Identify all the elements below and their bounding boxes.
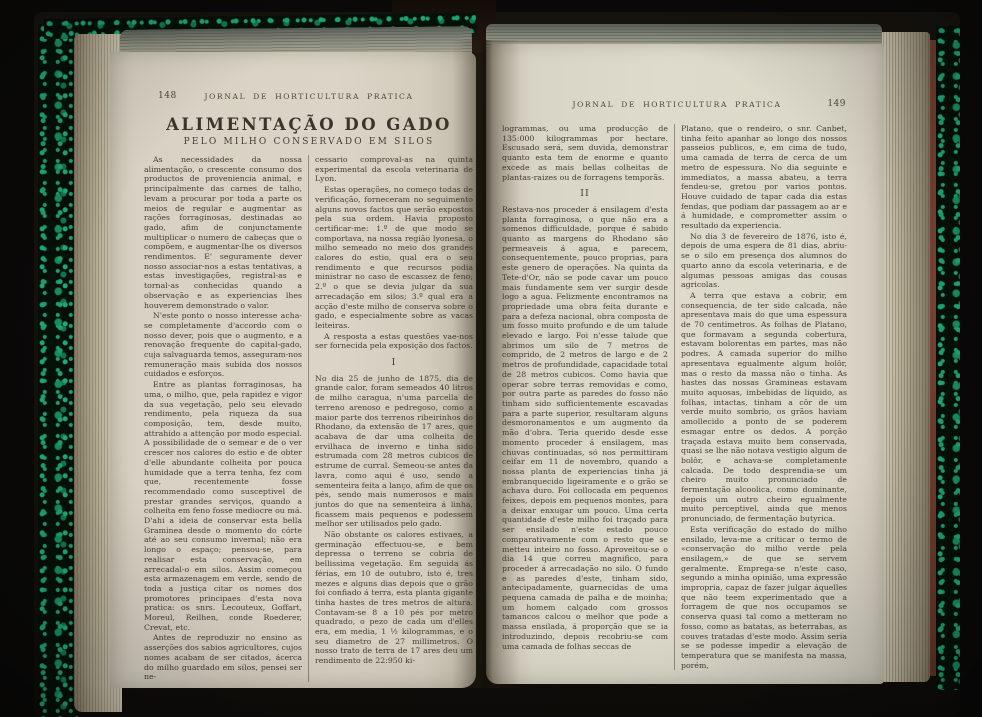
paragraph: Estas operações, no começo todas de veri… — [315, 185, 473, 331]
paragraph: logrammas, ou uma producção de 135:000 k… — [502, 124, 668, 182]
page-edges-right — [880, 32, 930, 682]
cover-edge-trim — [929, 40, 936, 676]
paragraph: Antes de reproduzir no ensino as asserçõ… — [144, 633, 302, 682]
marbled-cover-left — [38, 24, 78, 717]
right-page-textblock: JORNAL DE HORTICULTURA PRATICA 149 logra… — [502, 100, 852, 670]
running-title-right: JORNAL DE HORTICULTURA PRATICA — [502, 100, 852, 109]
left-page-columns: As necessidades da nossa alimentação, o … — [144, 155, 474, 682]
book-photo: 148 JORNAL DE HORTICULTURA PRATICA ALIME… — [0, 0, 982, 717]
paragraph: cessario comproval-as na quinta experime… — [315, 155, 473, 184]
column-rule — [308, 155, 309, 682]
section-heading-2: II — [502, 182, 668, 205]
paragraph: A resposta a estas questões vae-nos ser … — [315, 332, 473, 351]
left-page-column-2: cessario comproval-as na quinta experime… — [315, 155, 473, 682]
right-page-columns: logrammas, ou uma producção de 135:000 k… — [502, 124, 852, 670]
paragraph: Não obstante os calores estivaes, a germ… — [315, 530, 473, 666]
right-page-header: JORNAL DE HORTICULTURA PRATICA 149 — [502, 100, 852, 114]
left-page-header: 148 JORNAL DE HORTICULTURA PRATICA — [144, 92, 474, 106]
paragraph: As necessidades da nossa alimentação, o … — [144, 155, 302, 310]
right-page-column-2: Platano, que o rendeiro, o snr. Canbet, … — [681, 124, 847, 670]
paragraph: N'este ponto o nosso interesse acha-se c… — [144, 311, 302, 379]
marbled-cover-right — [936, 26, 960, 690]
column-rule — [674, 124, 675, 670]
paragraph: No dia 25 de junho de 1875, dia de grand… — [315, 374, 473, 529]
page-right: JORNAL DE HORTICULTURA PRATICA 149 logra… — [486, 44, 884, 684]
left-page-column-1: As necessidades da nossa alimentação, o … — [144, 155, 302, 682]
right-page-column-1: logrammas, ou uma producção de 135:000 k… — [502, 124, 668, 670]
article-subtitle: PELO MILHO CONSERVADO EM SILOS — [144, 137, 474, 147]
paragraph: No dia 3 de fevereiro de 1876, isto é, d… — [681, 232, 847, 290]
section-heading-1: I — [315, 351, 473, 374]
left-page-textblock: 148 JORNAL DE HORTICULTURA PRATICA ALIME… — [144, 92, 474, 682]
paragraph: Esta verificação do estado do milho ensi… — [681, 525, 847, 671]
page-left: 148 JORNAL DE HORTICULTURA PRATICA ALIME… — [110, 52, 476, 688]
paragraph: Restava-nos proceder á ensilagem d'esta … — [502, 205, 668, 651]
page-number-right: 149 — [827, 99, 846, 109]
paragraph: A terra que estava a cobrir, em conseque… — [681, 291, 847, 524]
running-title-left: JORNAL DE HORTICULTURA PRATICA — [144, 92, 474, 101]
article-title: ALIMENTAÇÃO DO GADO — [144, 115, 474, 134]
paragraph: Entre as plantas forraginosas, ha uma, o… — [144, 380, 302, 632]
paragraph: Platano, que o rendeiro, o snr. Canbet, … — [681, 124, 847, 231]
